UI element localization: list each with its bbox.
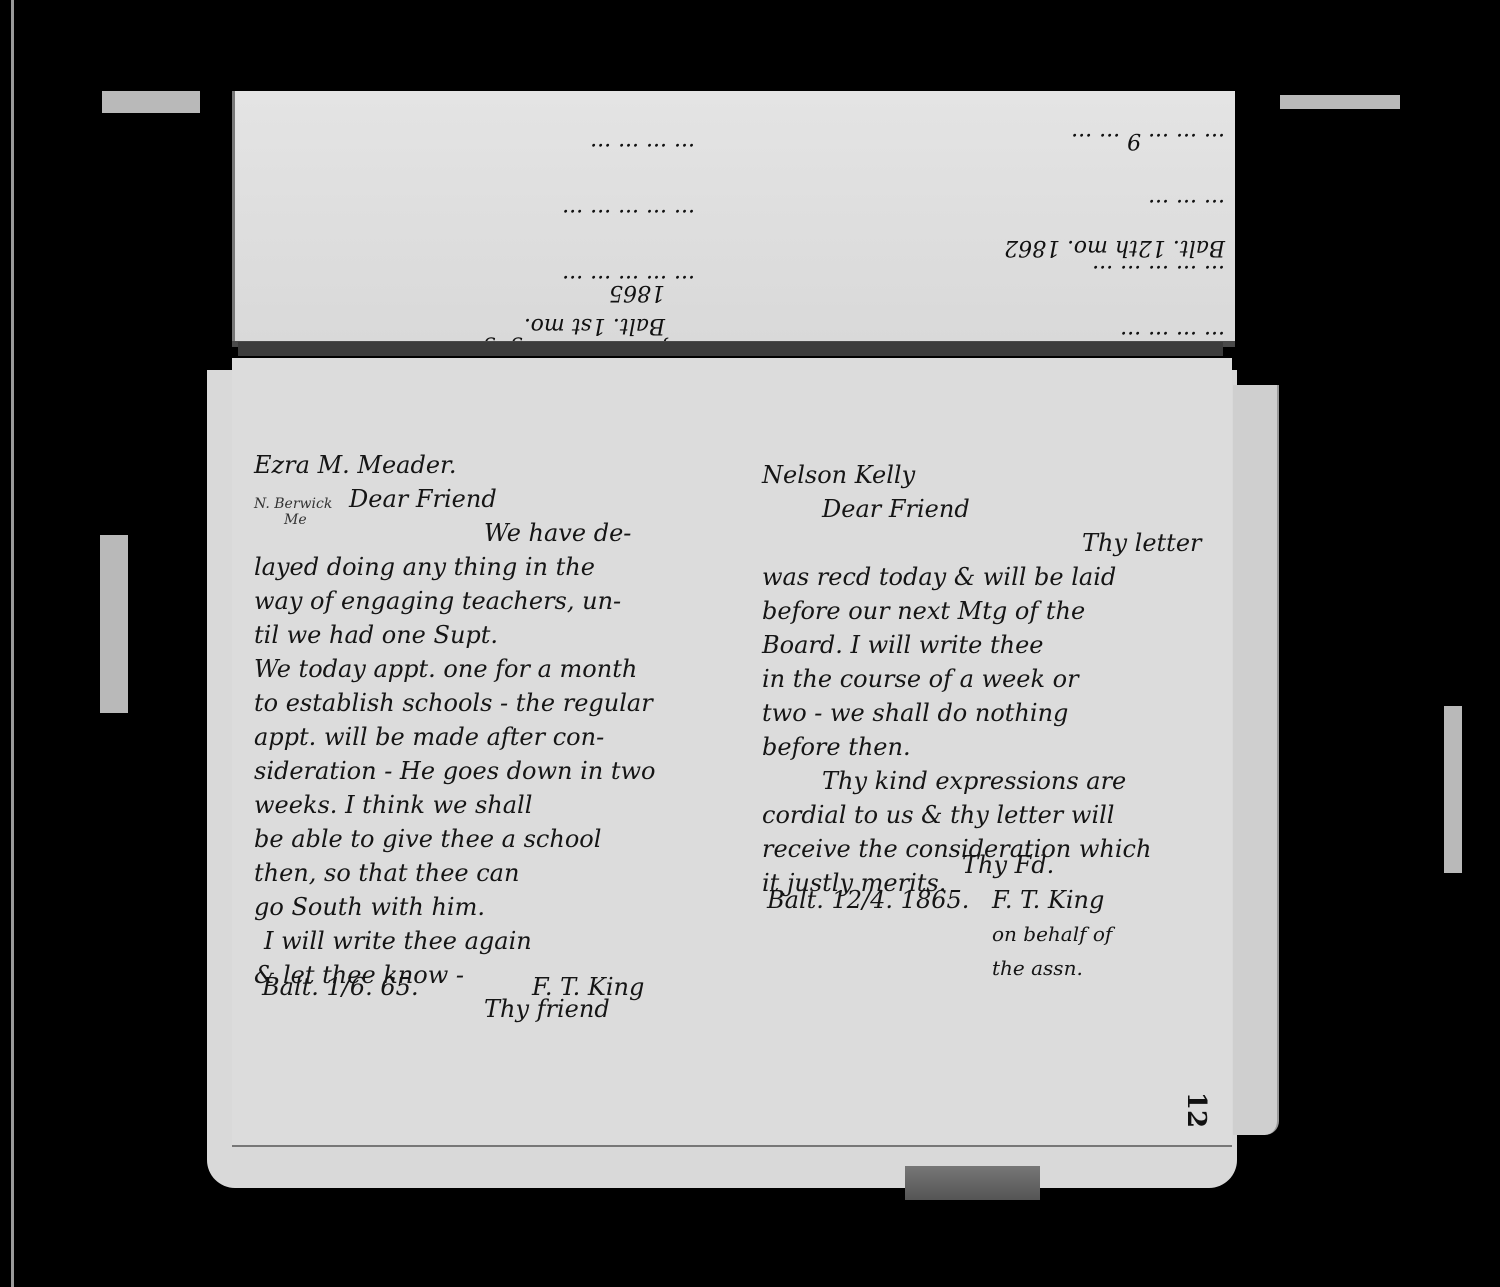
left-letter-line: We today appt. one for a month	[254, 652, 694, 686]
right-letter-line: was recd today & will be laid	[762, 560, 1212, 594]
left-letter-line: go South with him.	[254, 890, 694, 924]
right-letter-line: Thy kind expressions are	[762, 764, 1212, 798]
right-letter-line: before our next Mtg of the	[762, 594, 1212, 628]
page-number: 12	[1181, 1092, 1211, 1128]
left-letter-line: I will write thee again	[254, 924, 694, 958]
left-letter-signature: F. T. King	[532, 970, 644, 1004]
film-edge	[11, 0, 14, 1287]
right-letter-closing: Thy Fd.	[962, 848, 1054, 882]
signature-line: on behalf of	[992, 917, 1112, 951]
left-letter-place-date: Balt. 1/6. 65.	[262, 970, 419, 1004]
signature-line: F. T. King	[992, 883, 1112, 917]
upper-left-line: ... ... ... ...	[275, 134, 695, 167]
left-letter-recipient: Ezra M. Meader.	[254, 448, 694, 482]
left-letter-line: layed doing any thing in the	[254, 550, 694, 584]
left-letter-line: then, so that thee can	[254, 856, 694, 890]
mount-tab-top-left	[102, 91, 200, 113]
right-letter-line: before then.	[762, 730, 1212, 764]
left-letter-line: sideration - He goes down in two	[254, 754, 694, 788]
right-letter-line: in the course of a week or	[762, 662, 1212, 696]
upper-left-date: Balt. 1st mo. 1865	[465, 276, 665, 341]
right-letter: Nelson Kelly Dear Friend Thy letter was …	[762, 458, 1212, 900]
upper-sheet-right-column: ... ... ... ... ... ... ... ... ... ... …	[775, 91, 1225, 341]
mount-tab-top-right	[1280, 95, 1400, 109]
upper-right-date: Balt. 12th mo. 1862	[955, 231, 1225, 264]
right-letter-recipient: Nelson Kelly	[762, 458, 1212, 492]
left-letter-line: way of engaging teachers, un-	[254, 584, 694, 618]
bottom-label-tag	[905, 1166, 1040, 1200]
left-letter-line: We have de-	[254, 516, 694, 550]
upper-left-line: ... ... ... ... ...	[275, 200, 695, 233]
right-letter-signature: F. T. King on behalf of the assn.	[992, 883, 1112, 985]
upper-right-line: ... ... ... ...	[775, 322, 1225, 341]
left-letter-line: weeks. I think we shall	[254, 788, 694, 822]
binding-gutter	[238, 342, 1223, 356]
signature-line: the assn.	[992, 951, 1112, 985]
right-letter-line: Thy letter	[762, 526, 1212, 560]
side-flap	[1233, 385, 1279, 1135]
right-letter-place-date: Balt. 12/4. 1865.	[767, 883, 969, 917]
right-letter-line: Board. I will write thee	[762, 628, 1212, 662]
upper-right-line: ... ... ...	[775, 190, 1225, 223]
right-letter-salutation: Dear Friend	[762, 492, 1212, 526]
right-letter-line: cordial to us & thy letter will	[762, 798, 1212, 832]
left-letter: Ezra M. Meader. Dear Friend We have de- …	[254, 448, 694, 1026]
left-letter-line: til we had one Supt.	[254, 618, 694, 652]
left-letter-line: be able to give thee a school	[254, 822, 694, 856]
mount-tab-right	[1444, 706, 1462, 873]
left-letter-line: appt. will be made after con-	[254, 720, 694, 754]
upper-right-line: ... ... ... 9 ... ...	[775, 124, 1225, 157]
left-letter-line: to establish schools - the regular	[254, 686, 694, 720]
mount-tab-left	[100, 535, 128, 713]
letter-page: N. Berwick Me Ezra M. Meader. Dear Frien…	[232, 358, 1232, 1147]
right-letter-line: two - we shall do nothing	[762, 696, 1212, 730]
left-letter-salutation: Dear Friend	[254, 482, 694, 516]
upper-inverted-sheet: ... at offered ... a ... ... ... from ..…	[232, 91, 1235, 341]
